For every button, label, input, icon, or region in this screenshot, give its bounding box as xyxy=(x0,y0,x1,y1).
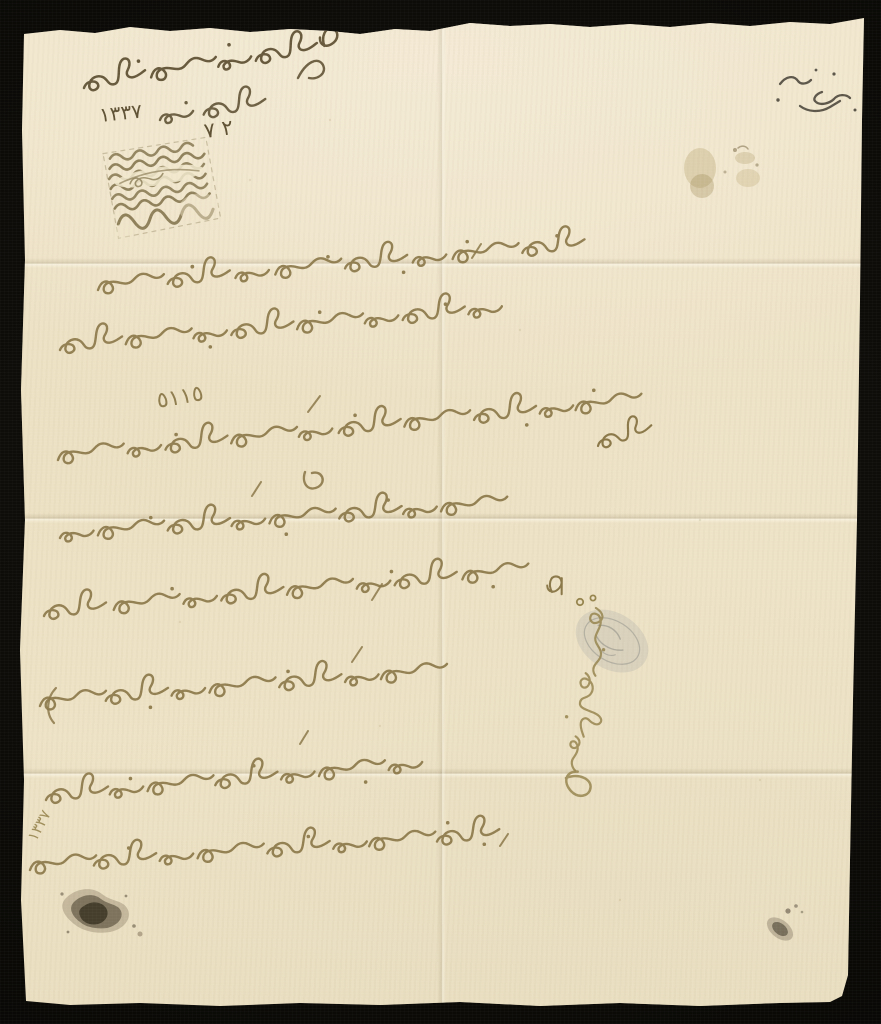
margin-numeral: ٥١١٥ xyxy=(155,381,206,414)
body-script-line-7 xyxy=(44,744,424,811)
interlinear-diacritics xyxy=(252,244,508,846)
line-end-flourish xyxy=(593,412,654,449)
line-end-flourish xyxy=(545,575,566,598)
ink-layer: ١٣٣٧ ٢ ٧ xyxy=(0,0,881,1024)
body-script-line-6 xyxy=(38,651,448,718)
body-script-line-5 xyxy=(42,551,530,628)
ink-stain xyxy=(684,146,760,198)
heading-script-line xyxy=(80,25,340,92)
body-script-line-4 xyxy=(58,484,508,552)
signature-flourish xyxy=(565,769,592,798)
signature-ring xyxy=(590,595,595,600)
body-script-line-2 xyxy=(58,289,503,362)
corner-notation xyxy=(776,69,856,112)
body-script-line-8 xyxy=(28,814,500,877)
signature-ring xyxy=(577,599,583,605)
body-script-line-1 xyxy=(96,225,586,301)
heading-day-numerals: ٢ ٧ xyxy=(202,115,234,143)
closing-year-numeral: ١٣٣٧ xyxy=(24,807,55,844)
ink-blot xyxy=(60,889,142,936)
underline-flourish xyxy=(304,472,323,489)
heading-year-numeral: ١٣٣٧ xyxy=(98,99,143,127)
paper-specks xyxy=(179,119,761,901)
body-script-line-3 xyxy=(56,381,644,472)
official-stamp xyxy=(101,137,221,241)
seal-impression xyxy=(564,597,660,686)
heading-tall-flourish xyxy=(298,61,324,79)
fingerprint-smudge xyxy=(763,904,804,945)
photograph-background: ١٣٣٧ ٢ ٧ xyxy=(0,0,881,1024)
document-paper: ١٣٣٧ ٢ ٧ xyxy=(0,0,881,1024)
